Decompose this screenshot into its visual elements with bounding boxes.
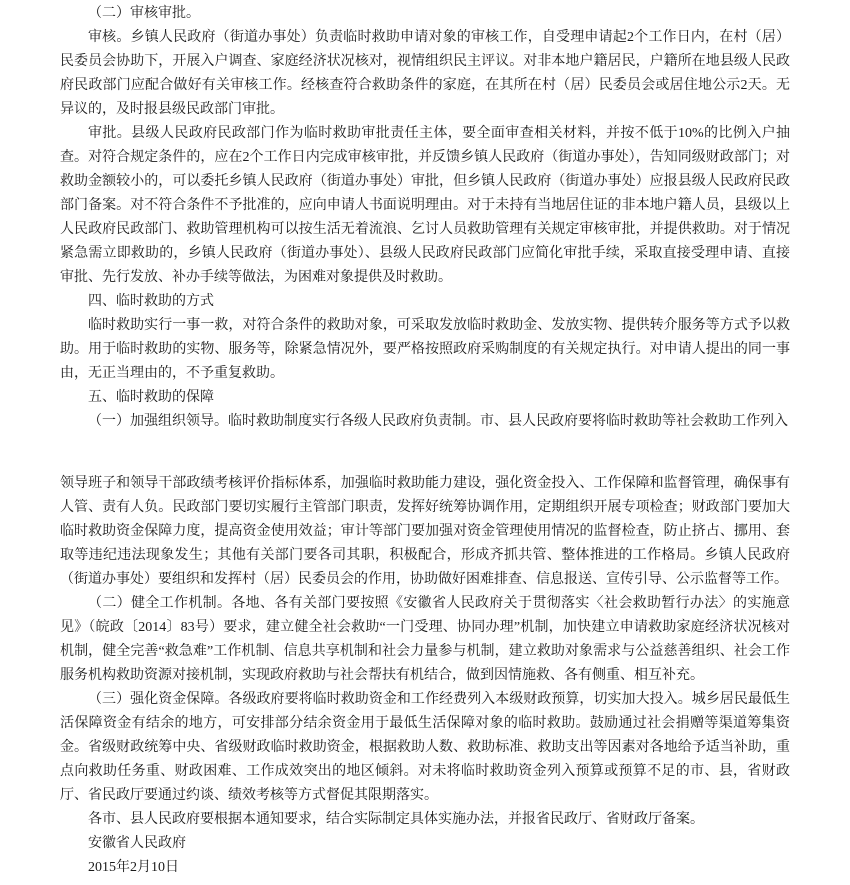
section-heading-fangshi: 四、临时救助的方式 [60,290,790,314]
page-break-gap [60,434,790,472]
paragraph-shenhe: 审核。乡镇人民政府（街道办事处）负责临时救助申请对象的审核工作，自受理申请起2个… [60,26,790,122]
paragraph-shenpi: 审批。县级人民政府民政部门作为临时救助审批责任主体，要全面审查相关材料，并按不低… [60,122,790,290]
paragraph-fangshi: 临时救助实行一事一救，对符合条件的救助对象，可采取发放临时救助金、发放实物、提供… [60,314,790,386]
paragraph-qianghua-zijin: （三）强化资金保障。各级政府要将临时救助资金和工作经费列入本级财政预算，切实加大… [60,688,790,808]
paragraph-jiaqiang-lingdao-part2: 领导班子和领导干部政绩考核评价指标体系，加强临时救助能力建设，强化资金投入、工作… [60,472,790,592]
signature-issuer: 安徽省人民政府 [60,832,790,856]
section-heading-shenhe-shenpi: （二）审核审批。 [60,2,790,26]
signature-date: 2015年2月10日 [60,856,790,880]
paragraph-jiaqiang-lingdao-part1: （一）加强组织领导。临时救助制度实行各级人民政府负责制。市、县人民政府要将临时救… [60,410,790,434]
document-page: （二）审核审批。审核。乡镇人民政府（街道办事处）负责临时救助申请对象的审核工作，… [0,0,850,885]
paragraph-jianquan-jizhi: （二）健全工作机制。各地、各有关部门要按照《安徽省人民政府关于贯彻落实〈社会救助… [60,592,790,688]
document-body: （二）审核审批。审核。乡镇人民政府（街道办事处）负责临时救助申请对象的审核工作，… [60,2,790,880]
paragraph-beian: 各市、县人民政府要根据本通知要求，结合实际制定具体实施办法，并报省民政厅、省财政… [60,808,790,832]
section-heading-baozhang: 五、临时救助的保障 [60,386,790,410]
